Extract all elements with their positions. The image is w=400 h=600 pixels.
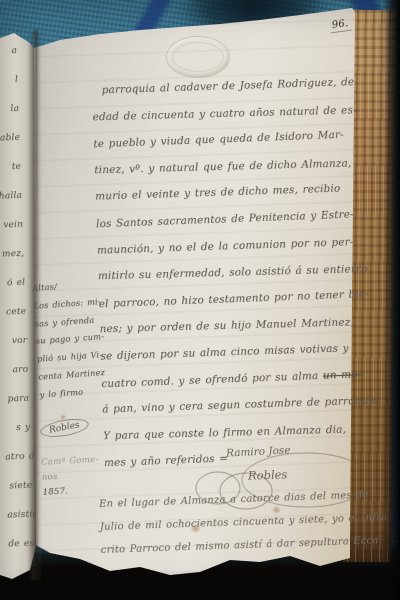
left-page-line-fragment: l [0,75,24,105]
left-page-line-fragment: mez, [0,248,30,278]
next-record-text: En el lugar de Almanza a catorce dias de… [99,489,381,568]
margin-note-bottom: Camª Gome-nos1857. [41,454,109,502]
photo-of-manuscript-book: allaabletehallaveinmez,ó elcetevoraropar… [0,0,400,600]
right-edge-shadow [383,0,400,600]
signature-surname: Robles [248,467,288,482]
left-page-line-fragment: la [0,104,25,134]
struck-text: un me- [323,368,362,381]
margin-note: Altas/Los dichos: mi-sas y ofrendasu pag… [32,277,119,407]
left-page-line-fragment: ó el [0,277,31,307]
left-page-line-fragment: te [0,162,27,192]
left-page-line-fragment: halla [0,191,28,221]
left-page-line-fragment: vein [0,220,29,250]
left-page-line-fragment: a [0,46,23,76]
embossed-seal [166,36,230,78]
left-page-line-fragment: cete [0,306,32,336]
burial-record-text: parroquia al cadaver de Josefa Rodriguez… [91,76,376,484]
left-page-line-fragment: able [0,133,26,163]
